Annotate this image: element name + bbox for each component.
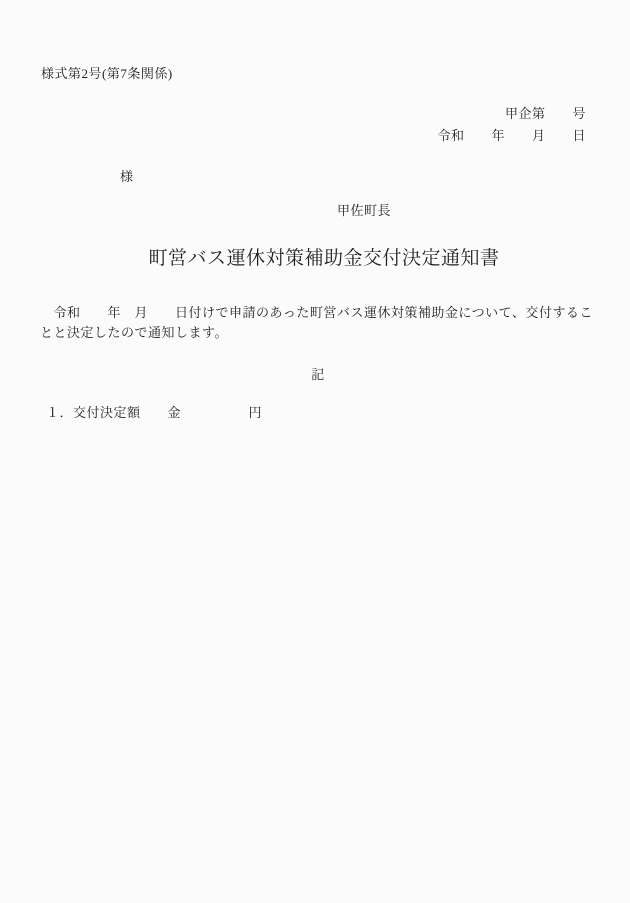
addressee-label: 様 bbox=[120, 170, 134, 183]
body-paragraph-line2: とと決定したので通知します。 bbox=[40, 326, 228, 339]
document-page: 様式第2号(第7条関係) 甲企第 号 令和 年 月 日 様 甲佐町長 町営バス運… bbox=[0, 0, 630, 903]
sender-name: 甲佐町長 bbox=[337, 204, 391, 217]
body-paragraph-line1: 令和 年 月 日付けで申請のあった町営バス運休対策補助金について、交付するこ bbox=[40, 306, 593, 319]
ki-heading: 記 bbox=[0, 368, 630, 381]
form-number-label: 様式第2号(第7条関係) bbox=[41, 67, 173, 80]
document-title: 町営バス運休対策補助金交付決定通知書 bbox=[0, 249, 630, 268]
item-grant-decision-amount: １．交付決定額 金 円 bbox=[46, 406, 262, 419]
document-number-line: 甲企第 号 bbox=[505, 107, 586, 120]
date-line: 令和 年 月 日 bbox=[437, 129, 586, 142]
